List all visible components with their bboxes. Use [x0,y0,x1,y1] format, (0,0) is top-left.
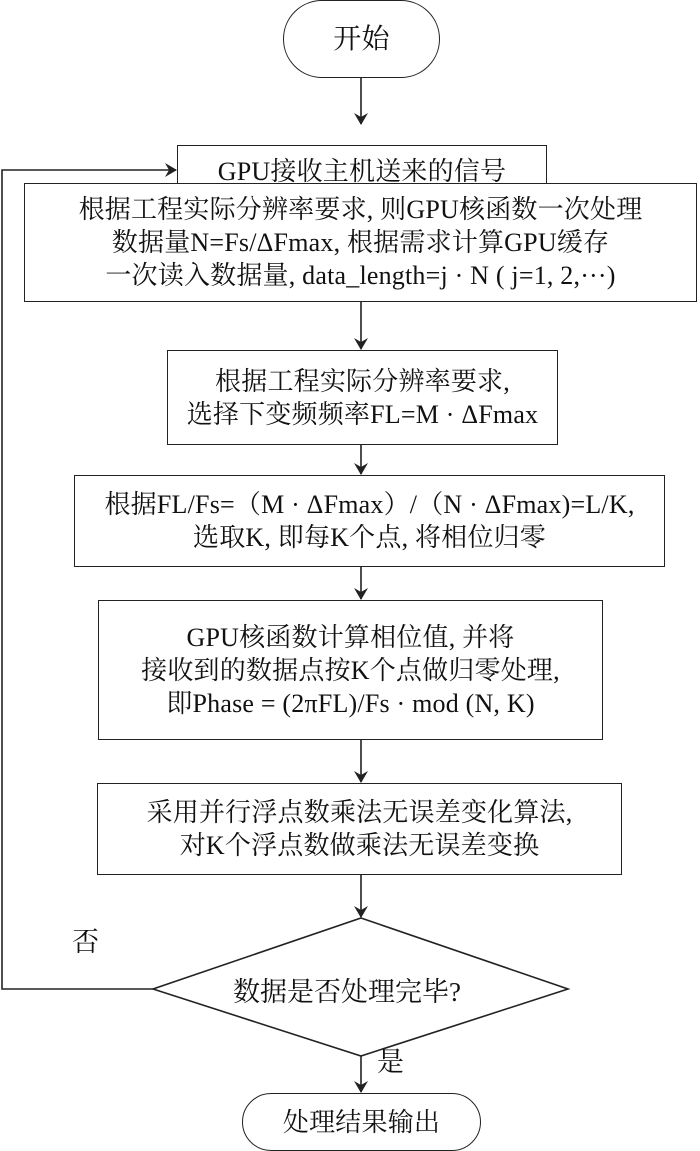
step-compute-data-length: 根据工程实际分辨率要求, 则GPU核函数一次处理 数据量N=Fs/ΔFmax, … [24,183,697,302]
end-terminal: 处理结果输出 [242,1093,481,1151]
step-2-line-1: 根据工程实际分辨率要求, 则GPU核函数一次处理 [79,193,643,226]
step-2-line-2: 数据量N=Fs/ΔFmax, 根据需求计算GPU缓存 [112,226,609,259]
yes-branch-label: 是 [377,1040,404,1079]
step-2-line-3: 一次读入数据量, data_length=j · N ( j=1, 2,···) [105,259,615,292]
step-5-line-2: 接收到的数据点按K个点做归零处理, [141,654,560,687]
step-compute-phase: GPU核函数计算相位值, 并将 接收到的数据点按K个点做归零处理, 即Phase… [98,600,603,740]
end-label: 处理结果输出 [283,1106,440,1139]
step-select-downconversion: 根据工程实际分辨率要求, 选择下变频频率FL=M · ΔFmax [167,350,558,445]
decision-label: 数据是否处理完毕? [233,970,461,1009]
step-4-line-1: 根据FL/Fs=（M · ΔFmax）/（N · ΔFmax)=L/K, [104,488,634,521]
step-5-line-3: 即Phase = (2πFL)/Fs · mod (N, K) [166,687,534,720]
step-3-line-1: 根据工程实际分辨率要求, [215,365,510,398]
step-6-line-1: 采用并行浮点数乘法无误差变化算法, [147,796,573,829]
no-branch-label: 否 [72,920,99,959]
step-5-line-1: GPU核函数计算相位值, 并将 [186,621,514,654]
start-terminal: 开始 [283,0,440,78]
step-3-line-2: 选择下变频频率FL=M · ΔFmax [187,398,539,431]
step-select-k: 根据FL/Fs=（M · ΔFmax）/（N · ΔFmax)=L/K, 选取K… [74,475,665,567]
step-4-line-2: 选取K, 即每K个点, 将相位归零 [193,521,546,554]
step-error-free-multiplication: 采用并行浮点数乘法无误差变化算法, 对K个浮点数做乘法无误差变换 [97,783,622,875]
start-label: 开始 [333,23,389,56]
step-6-line-2: 对K个浮点数做乘法无误差变换 [180,829,540,862]
